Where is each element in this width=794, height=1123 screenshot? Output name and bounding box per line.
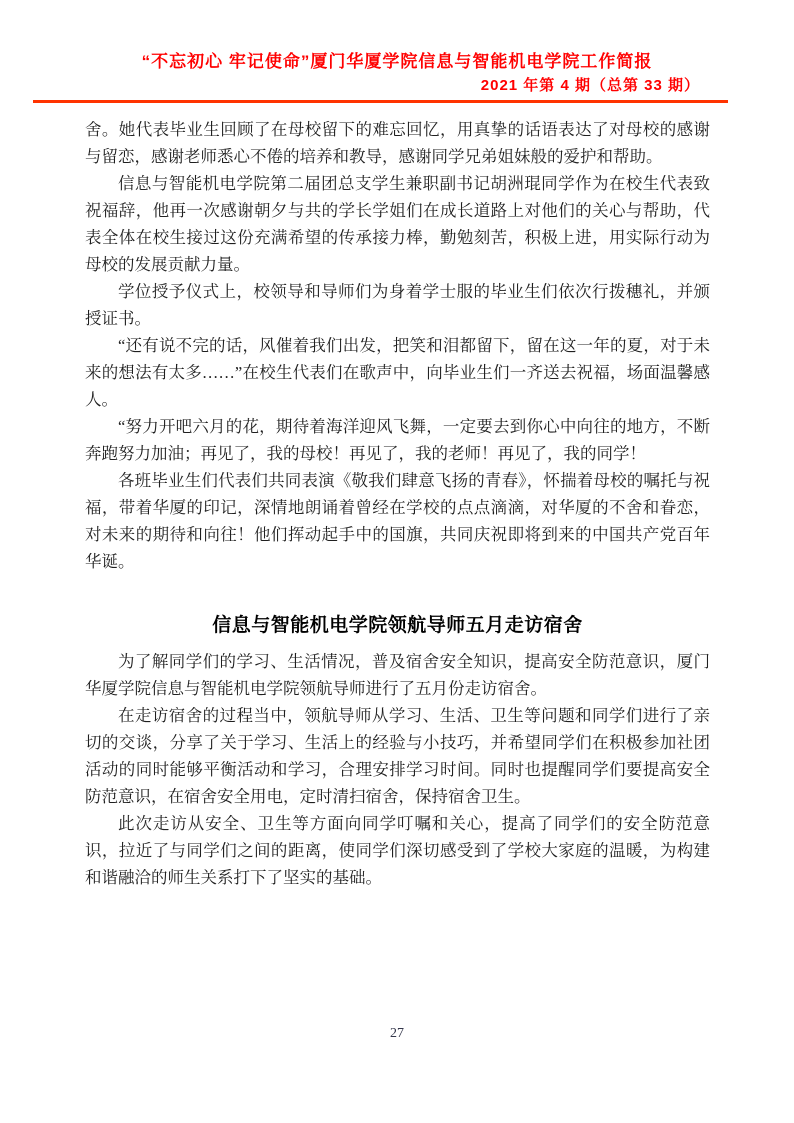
paragraph: 学位授予仪式上，校领导和导师们为身着学士服的毕业生们依次行拨穗礼，并颁授证书。 xyxy=(85,278,710,332)
bulletin-title: “不忘初心 牢记使命”厦门华厦学院信息与智能机电学院工作简报 xyxy=(0,51,794,73)
bulletin-header: “不忘初心 牢记使命”厦门华厦学院信息与智能机电学院工作简报 2021 年第 4… xyxy=(0,51,794,103)
header-divider-rule xyxy=(33,100,728,103)
paragraph: “还有说不完的话，风催着我们出发，把笑和泪都留下，留在这一年的夏，对于未来的想法… xyxy=(85,332,710,413)
article-heading: 信息与智能机电学院领航导师五月走访宿舍 xyxy=(85,613,710,639)
page-number: 27 xyxy=(0,1026,794,1042)
paragraph: “努力开吧六月的花，期待着海洋迎风飞舞，一定要去到你心中向往的地方，不断奔跑努力… xyxy=(85,413,710,467)
paragraph: 各班毕业生们代表们共同表演《敬我们肆意飞扬的青春》，怀揣着母校的嘱托与祝福，带着… xyxy=(85,467,710,575)
document-body: 舍。她代表毕业生回顾了在母校留下的难忘回忆，用真挚的话语表达了对母校的感谢与留恋… xyxy=(85,116,710,891)
bulletin-issue-line: 2021 年第 4 期（总第 33 期） xyxy=(0,76,794,96)
paragraph: 此次走访从安全、卫生等方面向同学叮嘱和关心，提高了同学们的安全防范意识，拉近了与… xyxy=(85,810,710,891)
paragraph: 舍。她代表毕业生回顾了在母校留下的难忘回忆，用真挚的话语表达了对母校的感谢与留恋… xyxy=(85,116,710,170)
paragraph: 为了解同学们的学习、生活情况，普及宿舍安全知识，提高安全防范意识，厦门华厦学院信… xyxy=(85,648,710,702)
document-page: “不忘初心 牢记使命”厦门华厦学院信息与智能机电学院工作简报 2021 年第 4… xyxy=(0,0,794,1123)
paragraph: 信息与智能机电学院第二届团总支学生兼职副书记胡洲琨同学作为在校生代表致祝福辞，他… xyxy=(85,170,710,278)
paragraph: 在走访宿舍的过程当中，领航导师从学习、生活、卫生等问题和同学们进行了亲切的交谈，… xyxy=(85,702,710,810)
